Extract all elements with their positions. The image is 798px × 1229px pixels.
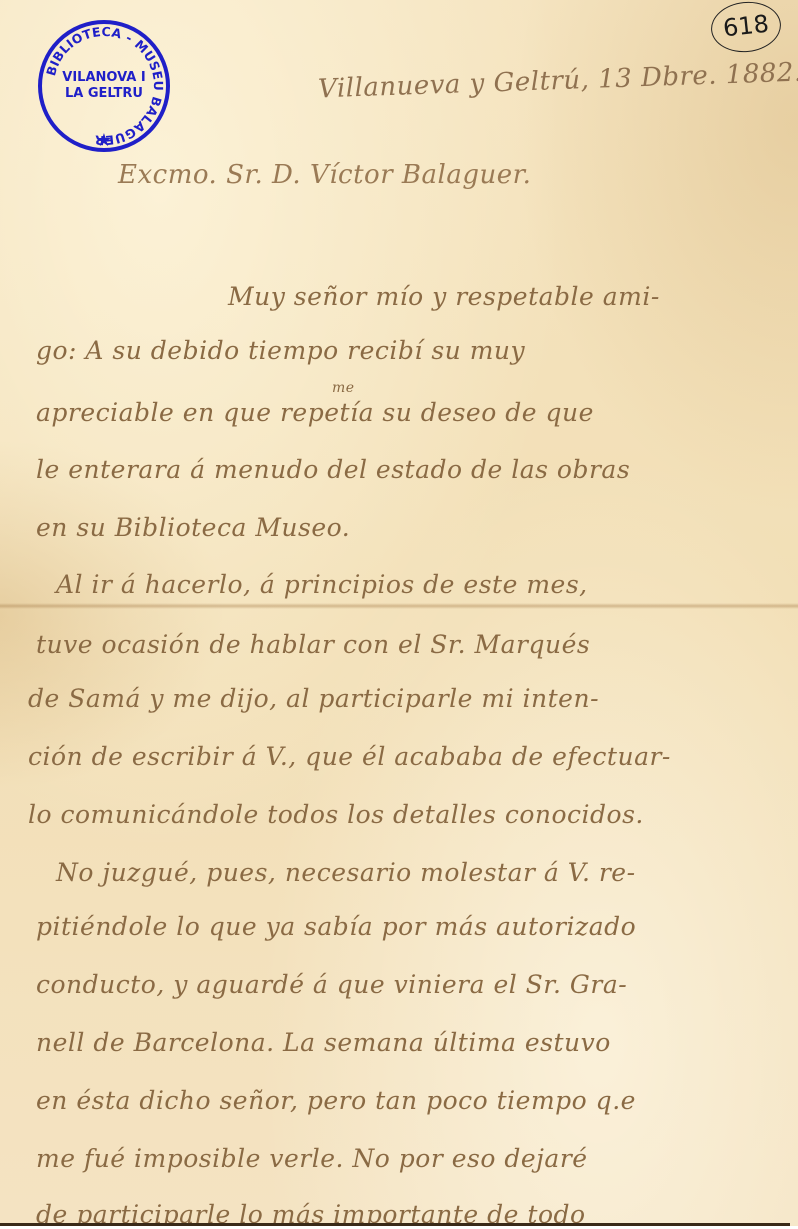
body-line-3: apreciable en que repetía su deseo de qu… [36,398,594,427]
body-line-6: Al ir á hacerlo, á principios de este me… [56,570,588,599]
date-line: Villanueva y Geltrú, 13 Dbre. 1882. [318,58,798,105]
body-line-15: en ésta dicho señor, pero tan poco tiemp… [36,1086,636,1115]
letter-page: BIBLIOTECA - MUSEU BALAGUER ★ VILANOVA I… [0,0,798,1229]
body-line-2: go: A su debido tiempo recibí su muy [36,336,525,365]
paper-fold-line [0,603,798,609]
interlinear-note: me [332,380,355,396]
body-line-11: No juzgué, pues, necesario molestar á V.… [56,858,636,887]
folio-number: 618 [709,0,784,56]
body-line-13: conducto, y aguardé á que viniera el Sr.… [36,970,627,999]
body-line-12: pitiéndole lo que ya sabía por más autor… [36,912,636,941]
body-line-9: ción de escribir á V., que él acababa de… [28,742,671,771]
body-line-10: lo comunicándole todos los detalles cono… [28,800,644,829]
salutation: Excmo. Sr. D. Víctor Balaguer. [118,160,531,190]
stamp-line-1: VILANOVA I [36,70,172,86]
library-stamp: BIBLIOTECA - MUSEU BALAGUER ★ VILANOVA I… [36,18,172,154]
body-line-7: tuve ocasión de hablar con el Sr. Marqué… [36,630,590,659]
body-line-14: nell de Barcelona. La semana última estu… [36,1028,611,1057]
body-line-1: Muy señor mío y respetable ami- [228,282,660,311]
stamp-line-2: LA GELTRU [36,86,172,102]
body-line-4: le enterara á menudo del estado de las o… [36,455,630,484]
body-line-5: en su Biblioteca Museo. [36,513,350,542]
body-line-16: me fué imposible verle. No por eso dejar… [36,1144,588,1173]
svg-text:★: ★ [96,130,112,151]
body-line-8: de Samá y me dijo, al participarle mi in… [28,684,599,713]
stamp-center-text: VILANOVA I LA GELTRU [36,70,172,102]
